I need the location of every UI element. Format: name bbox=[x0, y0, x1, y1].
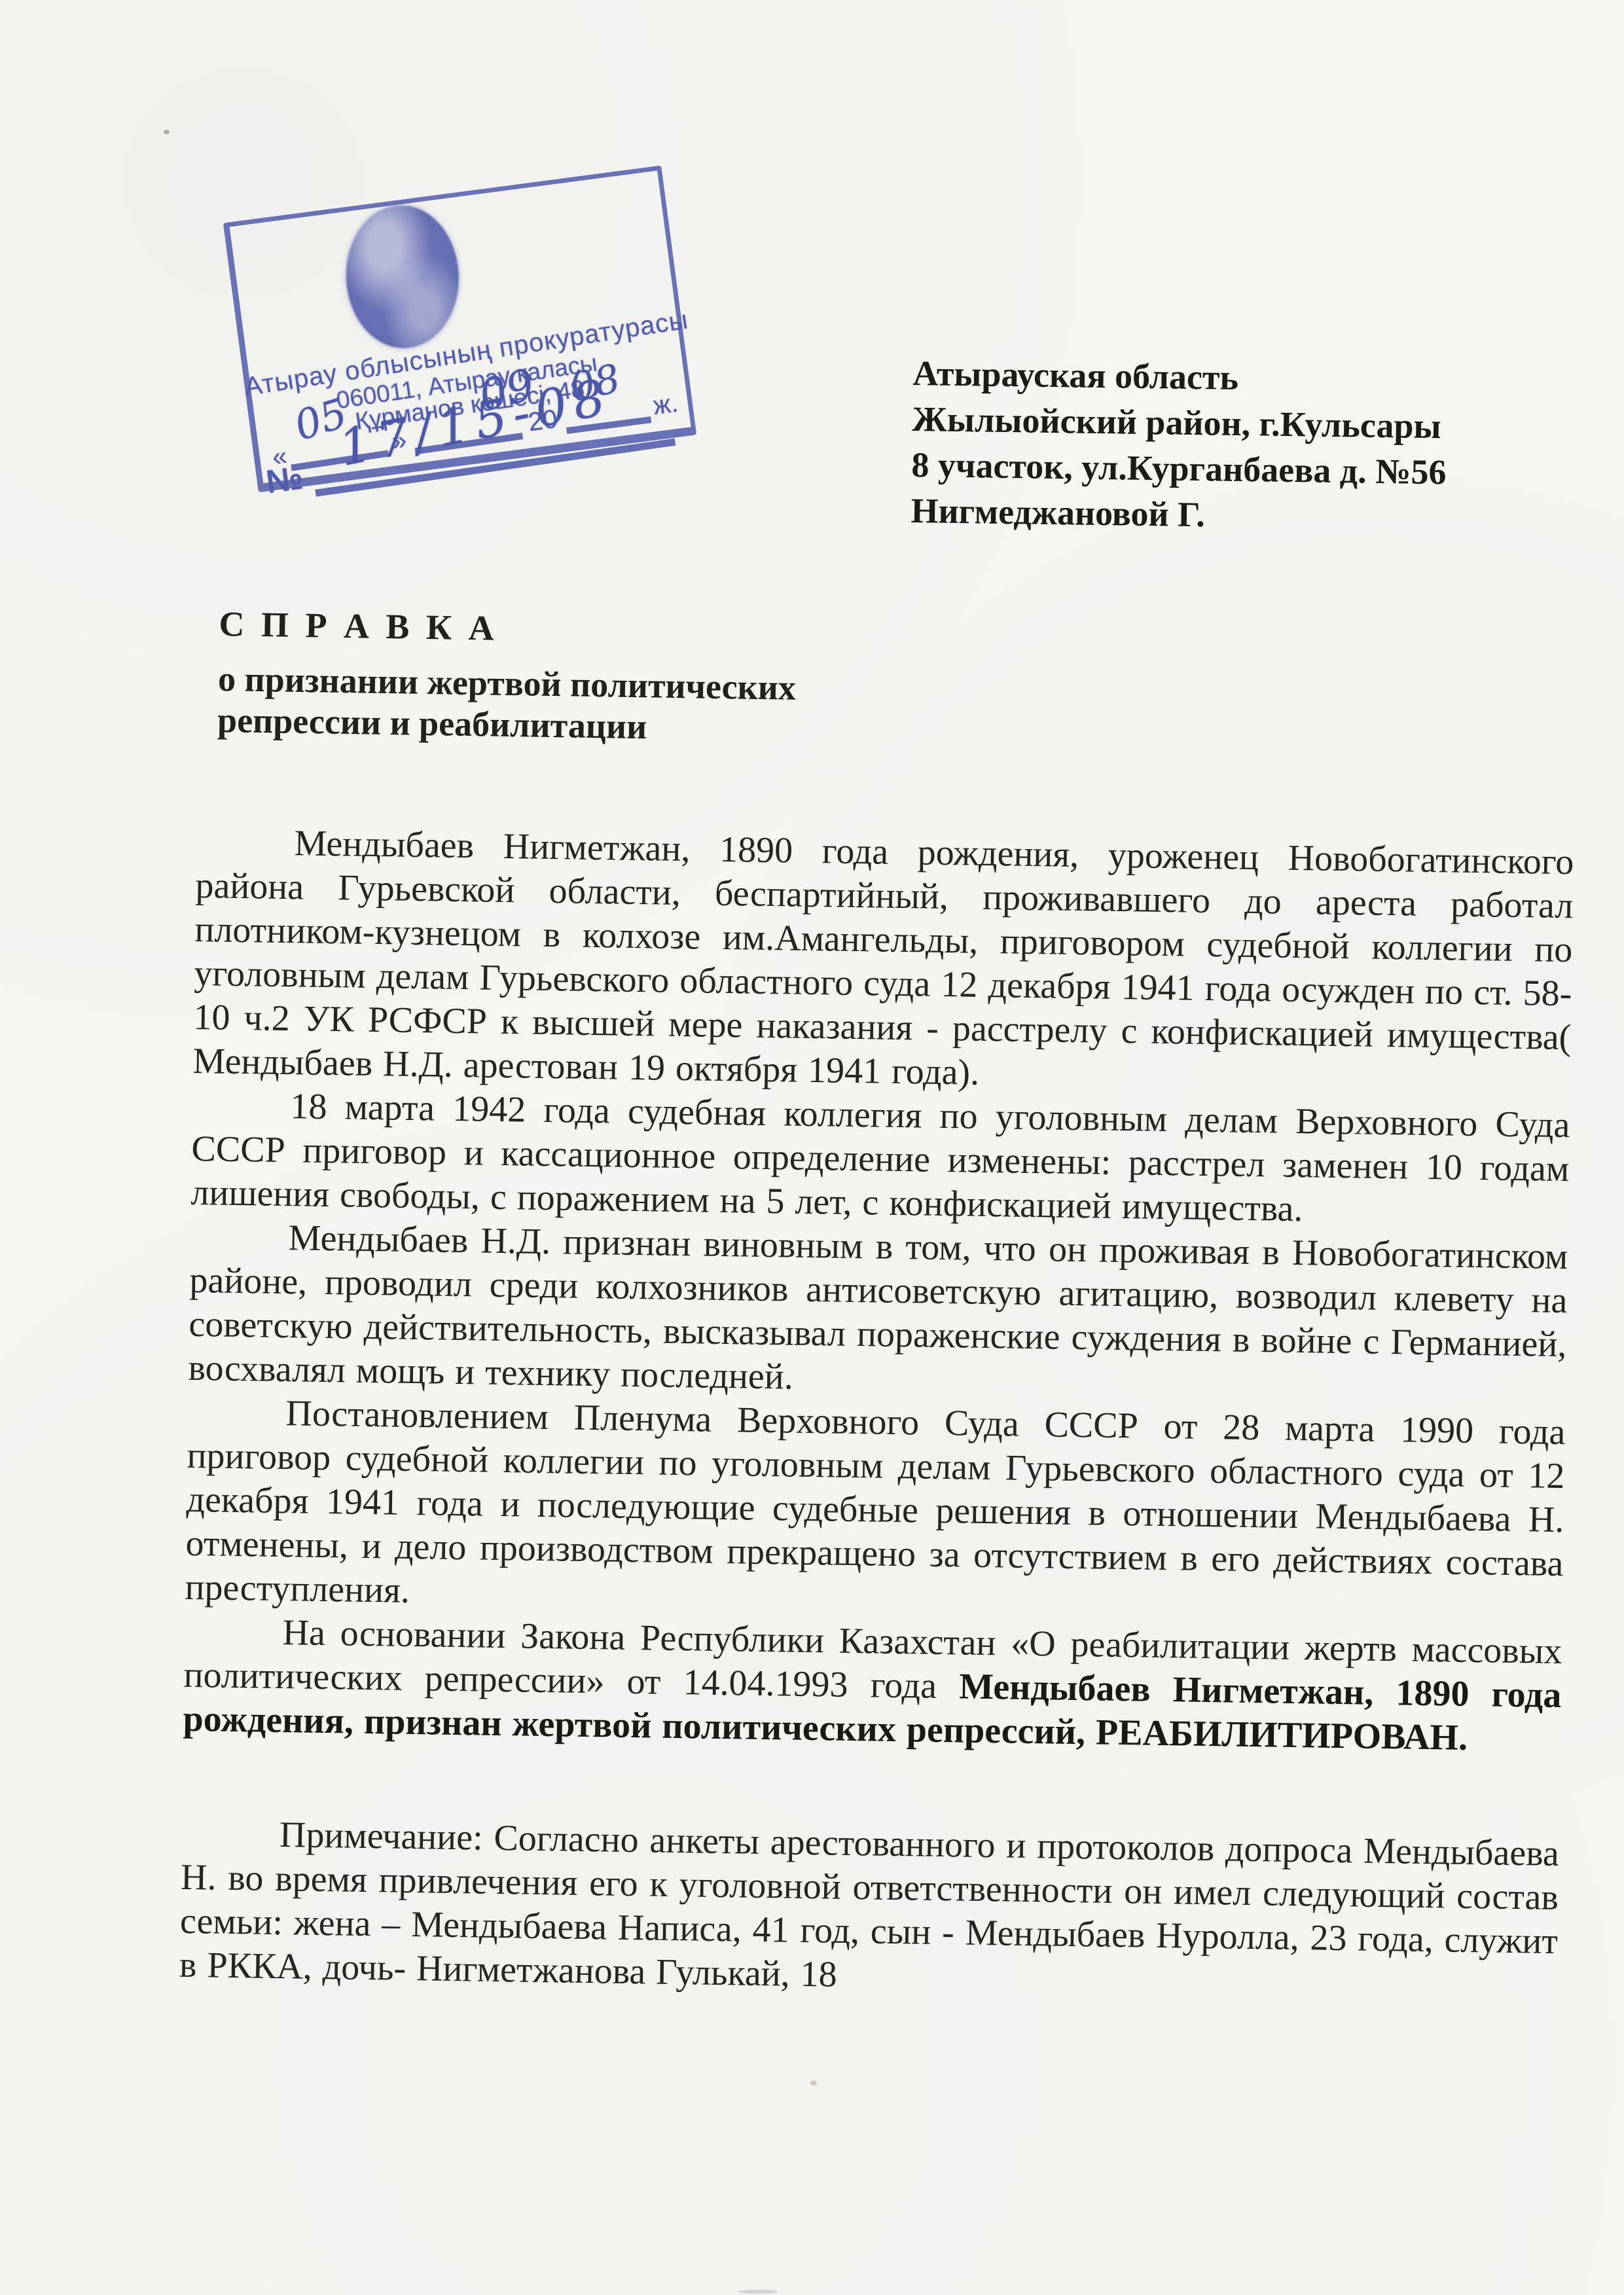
paragraph-rehabilitation: На основании Закона Республики Казахстан… bbox=[183, 1610, 1562, 1762]
paragraph-sentence-commutation: 18 марта 1942 года судебная коллегия по … bbox=[190, 1083, 1570, 1235]
scan-speck bbox=[738, 2290, 778, 2294]
recipient-person: Нигмеджановой Г. bbox=[911, 488, 1446, 541]
document-body: Мендыбаев Нигметжан, 1890 года рождения,… bbox=[179, 820, 1574, 2008]
paragraph-plenum-decision: Постановлением Пленума Верховного Суда С… bbox=[185, 1390, 1566, 1630]
paragraph-family-note: Примечание: Согласно анкеты арестованног… bbox=[179, 1812, 1560, 2008]
scanned-document-page: Атырау облысының прокуратурасы 060011, А… bbox=[0, 0, 1624, 2295]
stamp-number-label: № bbox=[264, 459, 305, 501]
paragraph-accusation: Мендыбаев Н.Д. признан виновным в том, ч… bbox=[188, 1215, 1568, 1411]
paragraph-biography-sentence: Мендыбаев Нигметжан, 1890 года рождения,… bbox=[192, 820, 1574, 1104]
scan-speck bbox=[810, 2080, 817, 2086]
recipient-address-block: Атырауская область Жылыойский район, г.К… bbox=[911, 350, 1448, 541]
scan-speck bbox=[164, 130, 170, 134]
document-title-block: С П Р А В К А о признании жертвой полити… bbox=[217, 604, 797, 750]
document-subtitle: о признании жертвой политических репресс… bbox=[217, 659, 797, 750]
recipient-street-house: 8 участок, ул.Курганбаева д. №56 bbox=[911, 442, 1447, 495]
stamp-number-blank: 17/15-08 bbox=[311, 411, 676, 497]
recipient-district-city: Жылыойский район, г.Кульсары bbox=[912, 396, 1447, 449]
document-title: С П Р А В К А bbox=[219, 604, 797, 653]
recipient-region: Атырауская область bbox=[912, 350, 1448, 403]
office-stamp: Атырау облысының прокуратурасы 060011, А… bbox=[223, 166, 696, 493]
